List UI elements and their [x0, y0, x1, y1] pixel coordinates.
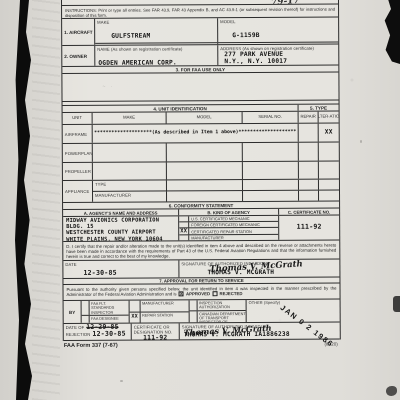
approval-statement-row: Pursuant to the authority given persons … — [63, 284, 339, 301]
faa-inspector-label: FAA FLT. STANDARDS INSPECTOR — [90, 301, 129, 315]
scan-speck — [120, 380, 123, 382]
agency-line-4: WHITE PLAINS, NEW YORK 10604 — [66, 236, 178, 241]
canadian-dept-checkbox — [190, 311, 198, 322]
appliance-label: APPLIANCE — [63, 181, 92, 194]
kind-mark-cell — [179, 236, 189, 241]
powerplant-label: POWERPLANT — [63, 144, 92, 156]
repair-station-selected-mark: XX — [180, 228, 187, 234]
appliance-row: APPLIANCE TYPE MANUFACTURER — [63, 180, 339, 203]
approval-typed-name: THOMAS V. MCGRATH IA1886238 — [184, 331, 290, 339]
conformity-date-value: 12-30-85 — [63, 266, 178, 277]
kind-of-agency-list: U.S. CERTIFICATED MECHANIC FOREIGN CERTI… — [179, 216, 279, 241]
propeller-label-cell: PROPELLER — [63, 163, 93, 180]
kind-of-agency-header: B. KIND OF AGENCY — [179, 209, 279, 216]
appliance-label-cell: APPLIANCE — [63, 181, 93, 202]
aircraft-model-cell: MODEL G-1159B — [218, 18, 338, 43]
col-alteration-line1: ALTER- — [319, 115, 330, 120]
airframe-alteration-cell: XX — [319, 124, 339, 142]
by-col-authorization: INSPECTION AUTHORIZATION CANADIAN DEPART… — [190, 300, 247, 322]
by-label: BY — [64, 301, 82, 323]
typed-signature-name: THOMAS V. MCGRATH — [207, 269, 274, 276]
appliance-type-serial-cell — [243, 180, 299, 190]
other-label: OTHER (Specify) — [247, 300, 340, 306]
airframe-row: AIRFRAME ********************(As describ… — [63, 124, 339, 144]
powerplant-model-cell — [167, 143, 243, 161]
airframe-repair-cell — [299, 124, 319, 142]
agency-name-header: A. AGENCY'S NAME AND ADDRESS — [63, 209, 179, 216]
manufacturer-checkbox — [130, 301, 141, 312]
appliance-mfr-model-cell — [167, 191, 243, 201]
scan-smudge — [32, 0, 60, 400]
instructions-text: INSTRUCTIONS: Print or type all entries.… — [62, 5, 338, 18]
appliance-type-label: TYPE — [93, 180, 166, 186]
propeller-label: PROPELLER — [63, 163, 92, 174]
approval-date-cell: DATE OF 12-29-85 REJECTION 12-30-85 — [64, 324, 132, 340]
aircraft-make-cell: MAKE GULFSTREAM — [95, 18, 218, 43]
scan-blob-top-right — [382, 0, 400, 64]
inspection-auth-label: INSPECTION AUTHORIZATION — [198, 300, 246, 310]
aircraft-make-value: GULFSTREAM — [95, 33, 150, 40]
scan-blob-bottom-right — [386, 386, 397, 396]
col-make: MAKE — [93, 112, 167, 123]
approved-label: APPROVED — [186, 291, 210, 296]
certify-statement-row: D. I certify that the repair and/or alte… — [63, 241, 339, 261]
appliance-mfr-serial-cell — [243, 191, 299, 201]
conformity-content: MIDWAY AVIONICS CORPORATION BLDG. 15 WES… — [63, 216, 339, 242]
approval-date-value: 12-30-85 — [92, 331, 125, 339]
appliance-mfr-repair-cell — [299, 191, 319, 201]
conformity-date-cell: DATE 12-30-85 — [63, 260, 179, 278]
col-unit: UNIT — [63, 113, 93, 124]
approval-statement: Pursuant to the authority given persons … — [63, 284, 339, 300]
kind-label: CERTIFICATED REPAIR STATION — [189, 228, 278, 235]
repair-station-mark: XX — [131, 314, 138, 320]
airframe-note-cell: ********************(As described in Ite… — [93, 124, 299, 143]
col-repair: REPAIR — [299, 112, 319, 123]
certificate-no-header: C. CERTIFICATE NO. — [279, 209, 339, 215]
designation-no-cell: CERTIFICATE OR DESIGNATION NO. 111-92 — [132, 323, 180, 339]
by-inspection-authorization: INSPECTION AUTHORIZATION — [190, 300, 246, 311]
kind-label: FOREIGN CERTIFICATED MECHANIC — [189, 222, 278, 227]
airframe-alteration-mark: XX — [325, 129, 333, 136]
conformity-date-signature-row: DATE 12-30-85 SIGNATURE OF AUTHORIZED IN… — [63, 260, 339, 279]
powerplant-label-cell: POWERPLANT — [63, 144, 93, 162]
make-label: MAKE — [95, 18, 217, 25]
designation-no-value: 111-92 — [132, 334, 179, 339]
powerplant-row: POWERPLANT — [63, 143, 339, 163]
unit-header-text: 4. UNIT IDENTIFICATION — [63, 105, 299, 112]
kind-mark-cell — [179, 222, 189, 227]
kind-mark-cell — [179, 216, 189, 221]
date-of-label: DATE OF — [66, 325, 85, 330]
inspection-auth-checkbox — [190, 300, 198, 310]
approved-checkbox-mark: X — [180, 291, 183, 296]
appliance-mfr-alteration-cell — [319, 191, 339, 201]
col-alteration-line2: ATION — [330, 115, 339, 120]
owner-name-cell: NAME (As shown on registration certifica… — [95, 45, 218, 66]
repair-station-checkbox: XX — [130, 312, 141, 323]
propeller-make-cell — [93, 162, 167, 179]
model-label: MODEL — [218, 18, 338, 25]
powerplant-serial-cell — [243, 143, 299, 161]
form-footer: FAA Form 337 (7-67) (8320) — [63, 340, 341, 349]
airframe-label-cell: AIRFRAME — [63, 125, 93, 143]
faa-use-box: ~ · — [62, 73, 338, 102]
powerplant-alteration-cell — [319, 143, 339, 161]
by-col-faa: FAA FLT. STANDARDS INSPECTOR FAA DESIGNE… — [82, 301, 130, 323]
appliance-type-alteration-cell — [319, 180, 339, 190]
powerplant-repair-cell — [299, 143, 319, 161]
faa-inspector-checkbox — [82, 301, 90, 315]
by-faa-inspector: FAA FLT. STANDARDS INSPECTOR — [82, 301, 129, 316]
owner-address-line2: N.Y., N.Y. 10017 — [218, 58, 338, 65]
repair-station-label: REPAIR STATION — [141, 312, 189, 323]
propeller-serial-cell — [243, 162, 299, 179]
col-alteration: ALTER- ATION — [319, 112, 339, 123]
col-serial: SERIAL NO. — [243, 112, 299, 123]
by-col-mfr-station: MANUFACTURER XX REPAIR STATION — [130, 300, 190, 322]
kind-label: U.S. CERTIFICATED MECHANIC — [189, 216, 278, 221]
conformity-signature-cell: SIGNATURE OF AUTHORIZED INDIVIDUAL Thoma… — [179, 260, 339, 278]
faa-form-337: 79-17 INSTRUCTIONS: Print or type all en… — [61, 0, 341, 349]
scan-speck — [360, 140, 362, 143]
rejected-checkbox — [212, 291, 217, 296]
certificate-no-value: 111-92 — [297, 224, 322, 232]
appliance-manufacturer-cell: MANUFACTURER — [93, 191, 167, 201]
faa-designee-label: FAA DESIGNEE — [90, 316, 129, 323]
form-number: FAA Form 337 (7-67) — [64, 343, 118, 349]
certify-statement-text: D. I certify that the repair and/or alte… — [63, 241, 339, 260]
by-canadian-dept: CANADIAN DEPARTMENT OF TRANSPORT INSPECT… — [190, 311, 246, 323]
by-faa-designee: FAA DESIGNEE — [82, 316, 129, 323]
appliance-type-repair-cell — [299, 180, 319, 190]
rejected-label: REJECTED — [219, 291, 242, 296]
scanned-document-page: 79-17 INSTRUCTIONS: Print or type all en… — [0, 0, 400, 400]
by-manufacturer: MANUFACTURER — [130, 300, 189, 312]
certificate-no-cell: 111-92 — [279, 216, 339, 240]
aircraft-section-label: 1. AIRCRAFT — [62, 19, 95, 45]
propeller-row: PROPELLER — [63, 162, 339, 181]
aircraft-section: 1. AIRCRAFT MAKE GULFSTREAM MODEL G-1159… — [62, 18, 338, 46]
by-repair-station: XX REPAIR STATION — [130, 312, 189, 323]
rejection-label: REJECTION — [66, 332, 91, 337]
manufacturer-label: MANUFACTURER — [141, 300, 189, 311]
owner-name-label: NAME (As shown on registration certifica… — [95, 45, 217, 52]
kind-label: MANUFACTURER — [189, 235, 278, 240]
scan-torn-edge — [14, 0, 34, 400]
owner-section: 2. OWNER NAME (As shown on registration … — [62, 45, 338, 67]
appliance-type-model-cell — [167, 180, 243, 190]
scan-blob-right — [393, 296, 400, 312]
propeller-alteration-cell — [319, 162, 339, 179]
col-model: MODEL — [167, 112, 243, 123]
owner-section-label: 2. OWNER — [62, 46, 95, 66]
propeller-model-cell — [167, 162, 243, 179]
kind-mark-cell: XX — [179, 228, 189, 234]
appliance-type-cell: TYPE — [93, 180, 167, 190]
appliance-manufacturer-label: MANUFACTURER — [93, 191, 166, 197]
airframe-note: ********************(As described in Ite… — [94, 130, 296, 137]
canadian-dept-label: CANADIAN DEPARTMENT OF TRANSPORT INSPECT… — [198, 311, 246, 323]
powerplant-make-cell — [93, 143, 167, 161]
aircraft-model-value: G-1159B — [218, 32, 260, 39]
owner-name-value: OGDEN AMERICAN CORP. — [95, 59, 177, 65]
faa-designee-checkbox — [82, 316, 90, 323]
approved-checkbox: X — [179, 291, 184, 296]
agency-name-address: MIDWAY AVIONICS CORPORATION BLDG. 15 WES… — [63, 216, 179, 241]
owner-address-cell: ADDRESS (As shown on registration certif… — [218, 45, 338, 66]
propeller-repair-cell — [299, 162, 319, 179]
faint-pencil-marks: ~ · — [102, 84, 114, 90]
airframe-label: AIRFRAME — [63, 125, 92, 137]
kind-row-manufacturer: MANUFACTURER — [179, 235, 278, 240]
type-header-text: 5. TYPE — [299, 105, 339, 111]
